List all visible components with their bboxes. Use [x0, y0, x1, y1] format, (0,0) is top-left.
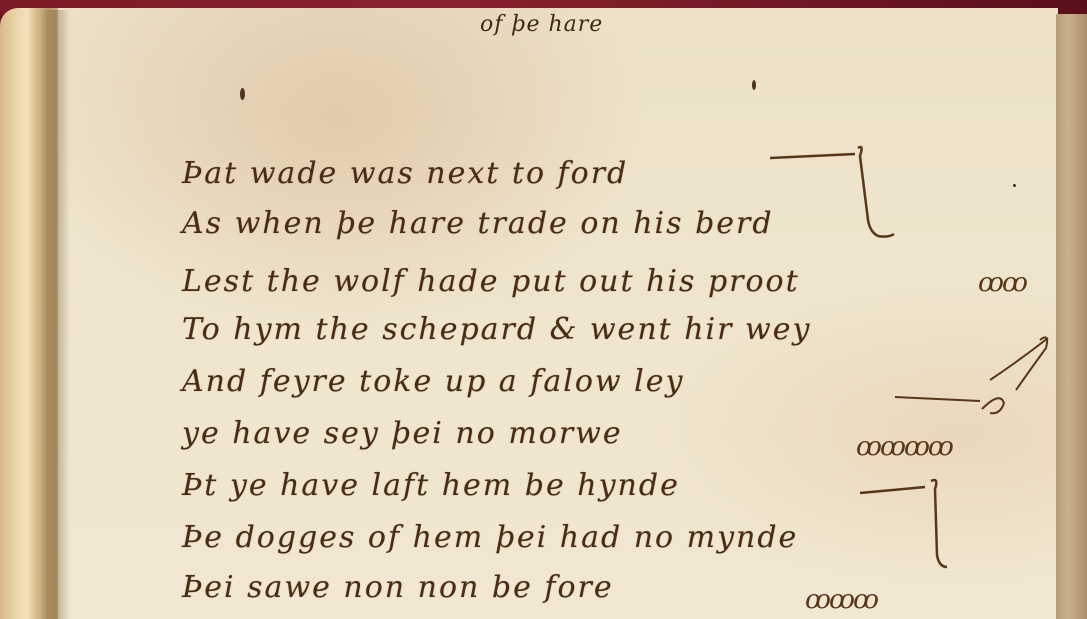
ink-speck	[752, 80, 756, 90]
text-line-5: And feyre toke up a falow ley	[182, 364, 684, 399]
rhyme-bracket-icon	[855, 475, 955, 575]
text-line-3: Lest the wolf hade put out his proot	[182, 264, 800, 299]
line-filler-flourish: ꝏꝏꝏ	[805, 585, 877, 615]
text-line-2: As when þe hare trade on his berd	[182, 206, 774, 241]
text-line-7: Þt ye have laft hem be hynde	[182, 468, 680, 503]
line-filler-flourish: ꝏꝏꝏꝏ	[856, 432, 952, 462]
text-line-6: ye have sey þei no morwe	[182, 416, 623, 451]
running-head: of þe hare	[480, 12, 603, 37]
rhyme-bracket-icon	[760, 140, 910, 250]
text-line-8: Þe dogges of hem þei had no mynde	[182, 520, 798, 555]
page-stack-edge-right	[1056, 14, 1087, 619]
line-filler-flourish: ꝏꝏ	[978, 268, 1026, 298]
gutter-shadow	[40, 10, 70, 619]
ink-speck	[1013, 184, 1016, 187]
ink-speck	[240, 88, 245, 100]
text-line-4: To hym the schepard & went hir wey	[182, 312, 811, 347]
text-line-1: Þat wade was next to ford	[182, 156, 628, 191]
rhyme-bracket-icon	[890, 385, 1020, 425]
text-line-9: Þei sawe non non be fore	[182, 570, 614, 605]
